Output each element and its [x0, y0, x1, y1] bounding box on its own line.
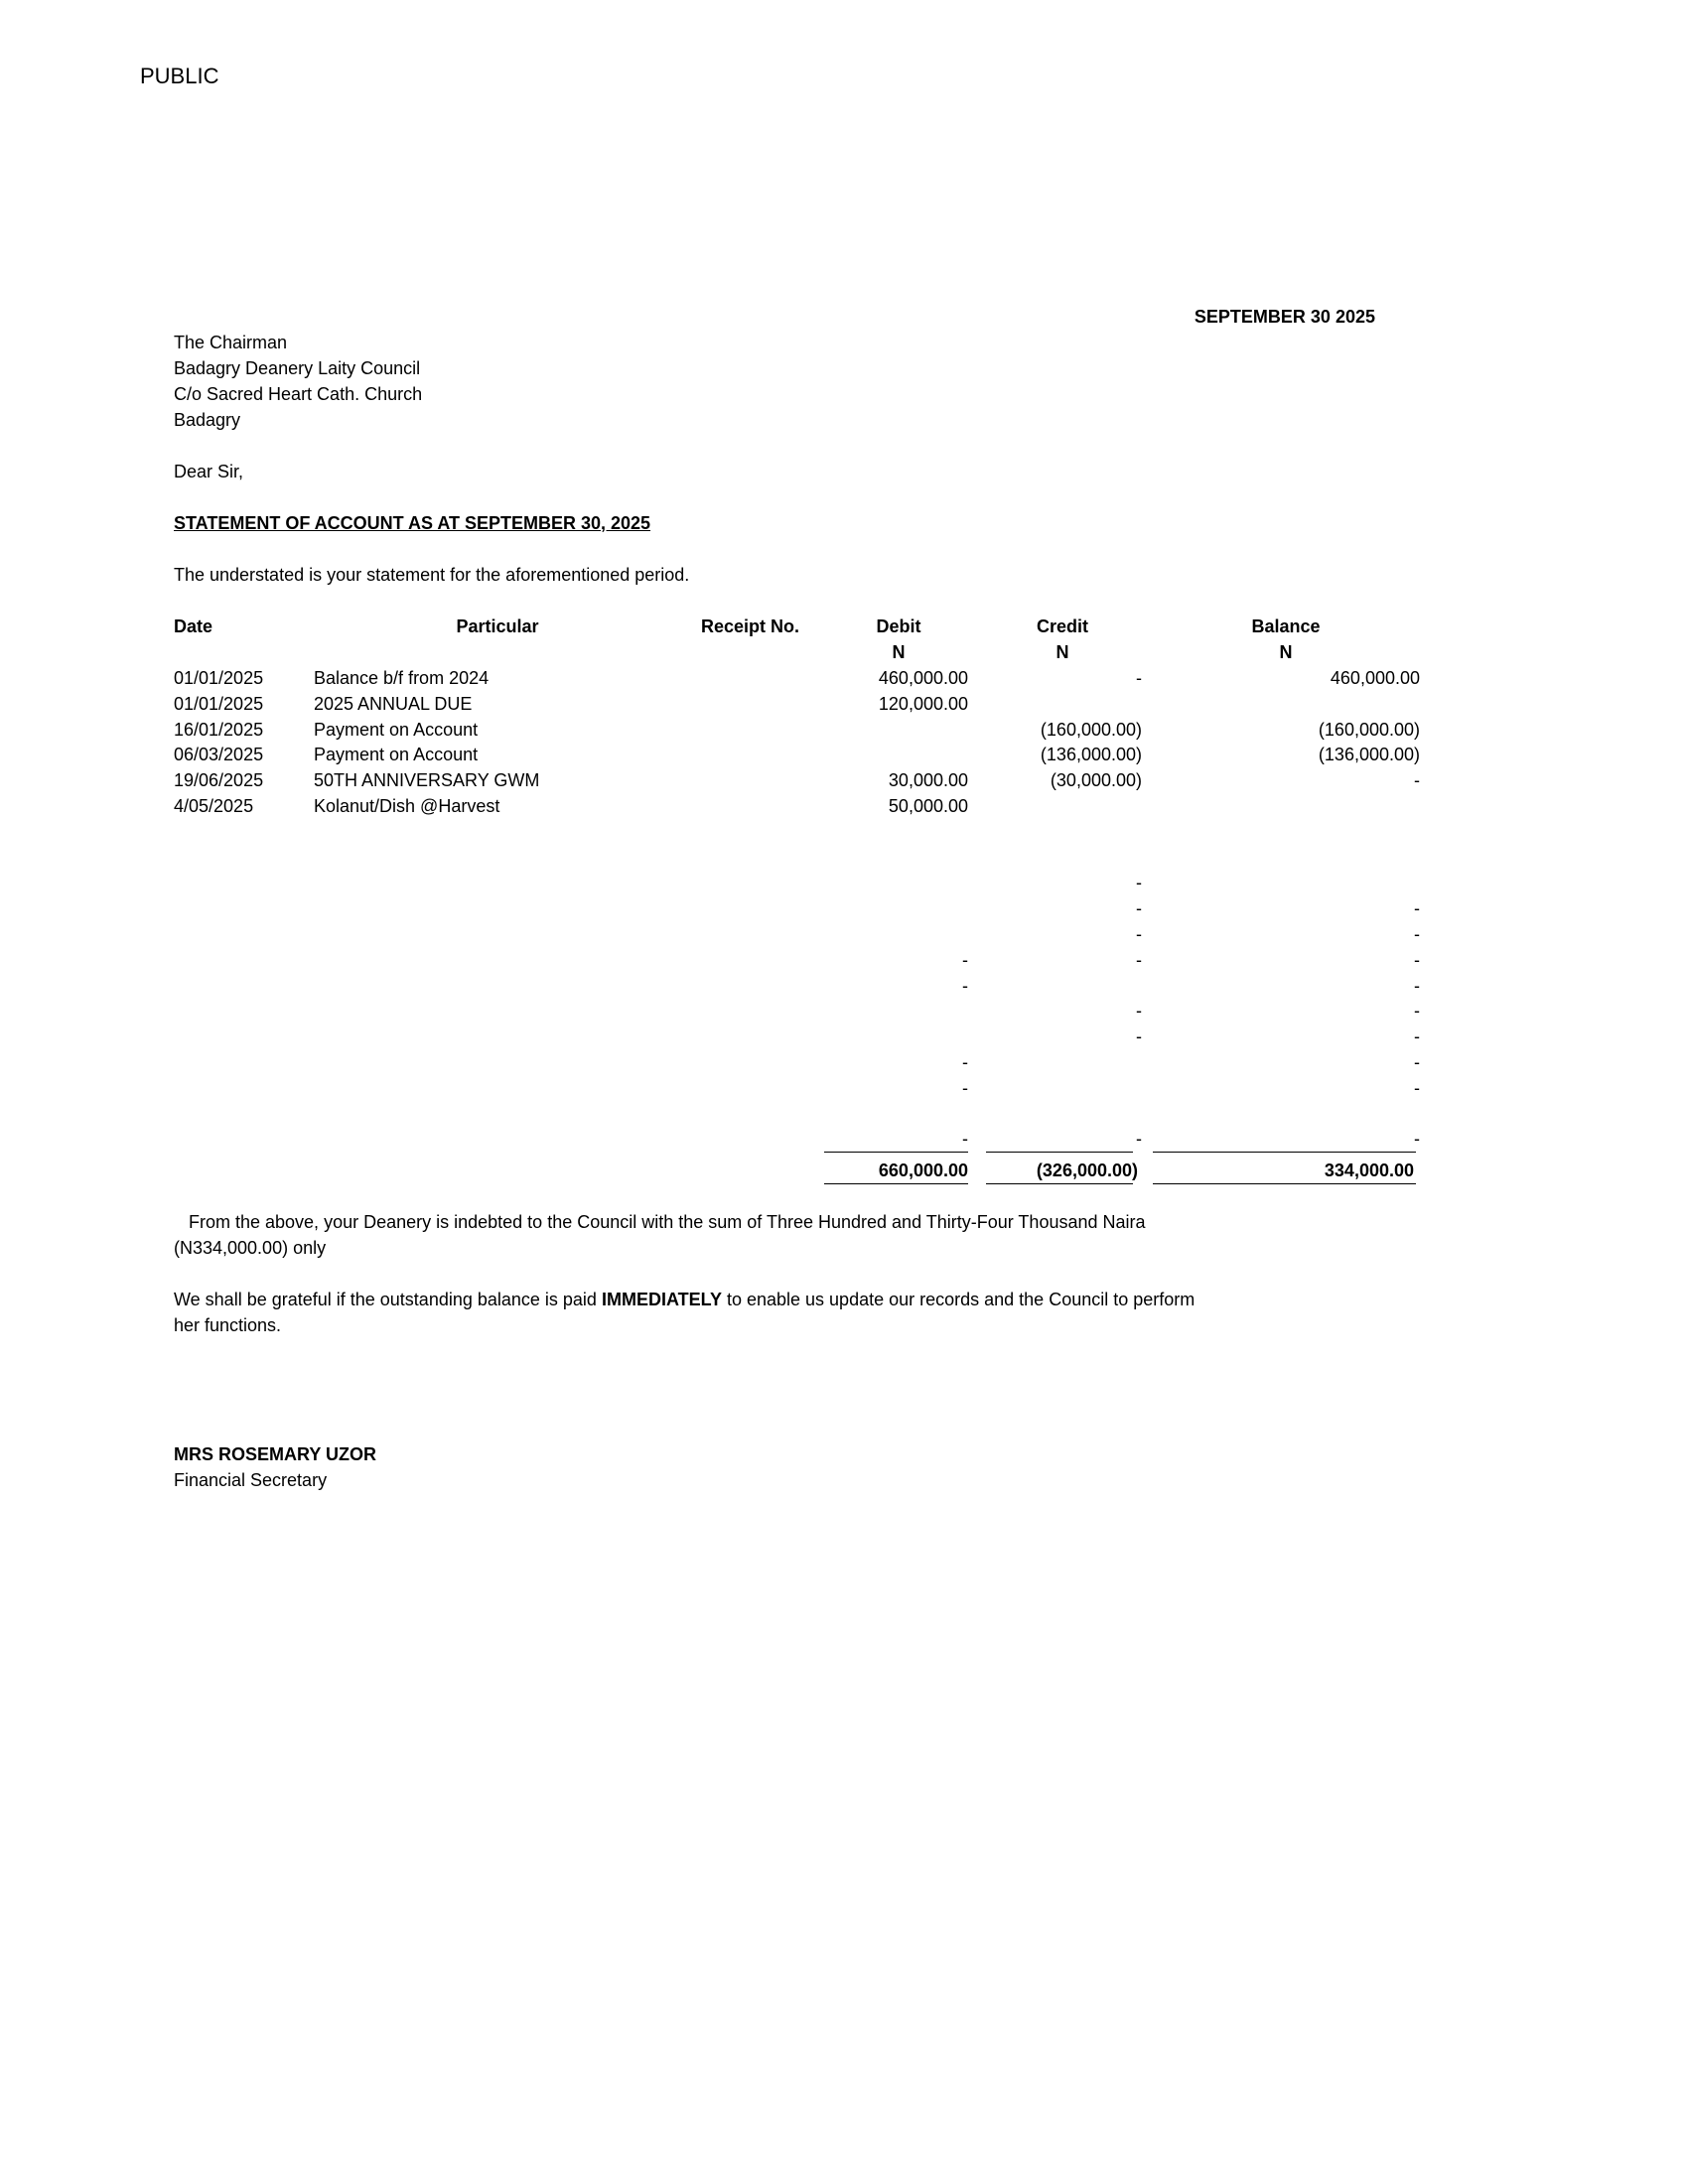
header-credit-currency: N [1038, 639, 1087, 665]
cell-balance: - [1152, 973, 1444, 999]
recipient-line-2: Badagry Deanery Laity Council [174, 355, 420, 381]
cell-particular: 2025 ANNUAL DUE [314, 691, 472, 717]
request-emphasis: IMMEDIATELY [602, 1290, 722, 1309]
summary-line-1: From the above, your Deanery is indebted… [174, 1209, 1316, 1235]
summary-paragraph: From the above, your Deanery is indebted… [174, 1209, 1316, 1261]
cell-debit: - [814, 973, 992, 999]
cell-balance: - [1152, 767, 1444, 793]
request-paragraph: We shall be grateful if the outstanding … [174, 1287, 1316, 1338]
header-balance-currency: N [1261, 639, 1311, 665]
signatory-name: MRS ROSEMARY UZOR [174, 1441, 376, 1467]
signatory-title: Financial Secretary [174, 1467, 327, 1493]
header-debit: Debit [854, 614, 943, 639]
cell-balance: (136,000.00) [1152, 742, 1420, 767]
cell-particular: Balance b/f from 2024 [314, 665, 489, 691]
recipient-line-1: The Chairman [174, 330, 287, 355]
header-receipt: Receipt No. [701, 614, 799, 639]
cell-balance: - [1152, 1024, 1444, 1049]
intro-text: The understated is your statement for th… [174, 562, 689, 588]
cell-balance: 460,000.00 [1152, 665, 1420, 691]
cell-debit: - [814, 1049, 992, 1075]
cell-debit: - [814, 1126, 992, 1152]
recipient-line-4: Badagry [174, 407, 240, 433]
cell-credit: - [983, 998, 1166, 1024]
cell-date: 19/06/2025 [174, 767, 263, 793]
cell-date: 4/05/2025 [174, 793, 253, 819]
cell-debit: - [814, 947, 992, 973]
summary-line-2: (N334,000.00) only [174, 1235, 1316, 1261]
subject-heading: STATEMENT OF ACCOUNT AS AT SEPTEMBER 30,… [174, 510, 650, 536]
header-particular: Particular [314, 614, 681, 639]
cell-credit: - [983, 1126, 1166, 1152]
debit-total-bottom-rule [824, 1183, 968, 1184]
header-debit-currency: N [874, 639, 923, 665]
salutation: Dear Sir, [174, 459, 243, 484]
cell-credit: - [983, 1024, 1166, 1049]
cell-particular: Payment on Account [314, 742, 478, 767]
cell-balance: - [1152, 1075, 1444, 1101]
cell-debit: 460,000.00 [814, 665, 968, 691]
credit-total-bottom-rule [986, 1183, 1133, 1184]
header-credit: Credit [1018, 614, 1107, 639]
cell-debit: 120,000.00 [814, 691, 968, 717]
cell-credit: - [983, 895, 1166, 921]
cell-date: 01/01/2025 [174, 665, 263, 691]
cell-particular: Payment on Account [314, 717, 478, 743]
cell-credit: (160,000.00) [983, 717, 1142, 743]
cell-credit: - [983, 870, 1166, 895]
classification-label: PUBLIC [140, 64, 218, 89]
request-text-before: We shall be grateful if the outstanding … [174, 1290, 602, 1309]
cell-balance: - [1152, 895, 1444, 921]
header-date: Date [174, 614, 212, 639]
cell-balance: - [1152, 921, 1444, 947]
debit-total-top-rule [824, 1152, 968, 1153]
cell-balance: - [1152, 998, 1444, 1024]
cell-balance: - [1152, 1126, 1444, 1152]
balance-total: 334,000.00 [1152, 1158, 1414, 1183]
cell-credit: - [983, 665, 1166, 691]
cell-balance: (160,000.00) [1152, 717, 1420, 743]
credit-total-top-rule [986, 1152, 1133, 1153]
cell-date: 16/01/2025 [174, 717, 263, 743]
balance-total-bottom-rule [1153, 1183, 1416, 1184]
cell-balance: - [1152, 947, 1444, 973]
cell-credit: - [983, 921, 1166, 947]
cell-credit: - [983, 947, 1166, 973]
balance-total-top-rule [1153, 1152, 1416, 1153]
cell-credit: (136,000.00) [983, 742, 1142, 767]
debit-total: 660,000.00 [814, 1158, 968, 1183]
cell-debit: 50,000.00 [814, 793, 968, 819]
request-text-after: to enable us update our records and the … [722, 1290, 1195, 1309]
letter-date: SEPTEMBER 30 2025 [1092, 304, 1375, 330]
cell-credit: (30,000.00) [983, 767, 1142, 793]
cell-debit: - [814, 1075, 992, 1101]
cell-particular: Kolanut/Dish @Harvest [314, 793, 499, 819]
header-balance: Balance [1236, 614, 1336, 639]
cell-date: 06/03/2025 [174, 742, 263, 767]
credit-total: (326,000.00) [983, 1158, 1138, 1183]
cell-date: 01/01/2025 [174, 691, 263, 717]
recipient-line-3: C/o Sacred Heart Cath. Church [174, 381, 422, 407]
cell-debit: 30,000.00 [814, 767, 968, 793]
cell-particular: 50TH ANNIVERSARY GWM [314, 767, 539, 793]
cell-balance: - [1152, 1049, 1444, 1075]
request-line-2: her functions. [174, 1312, 1316, 1338]
